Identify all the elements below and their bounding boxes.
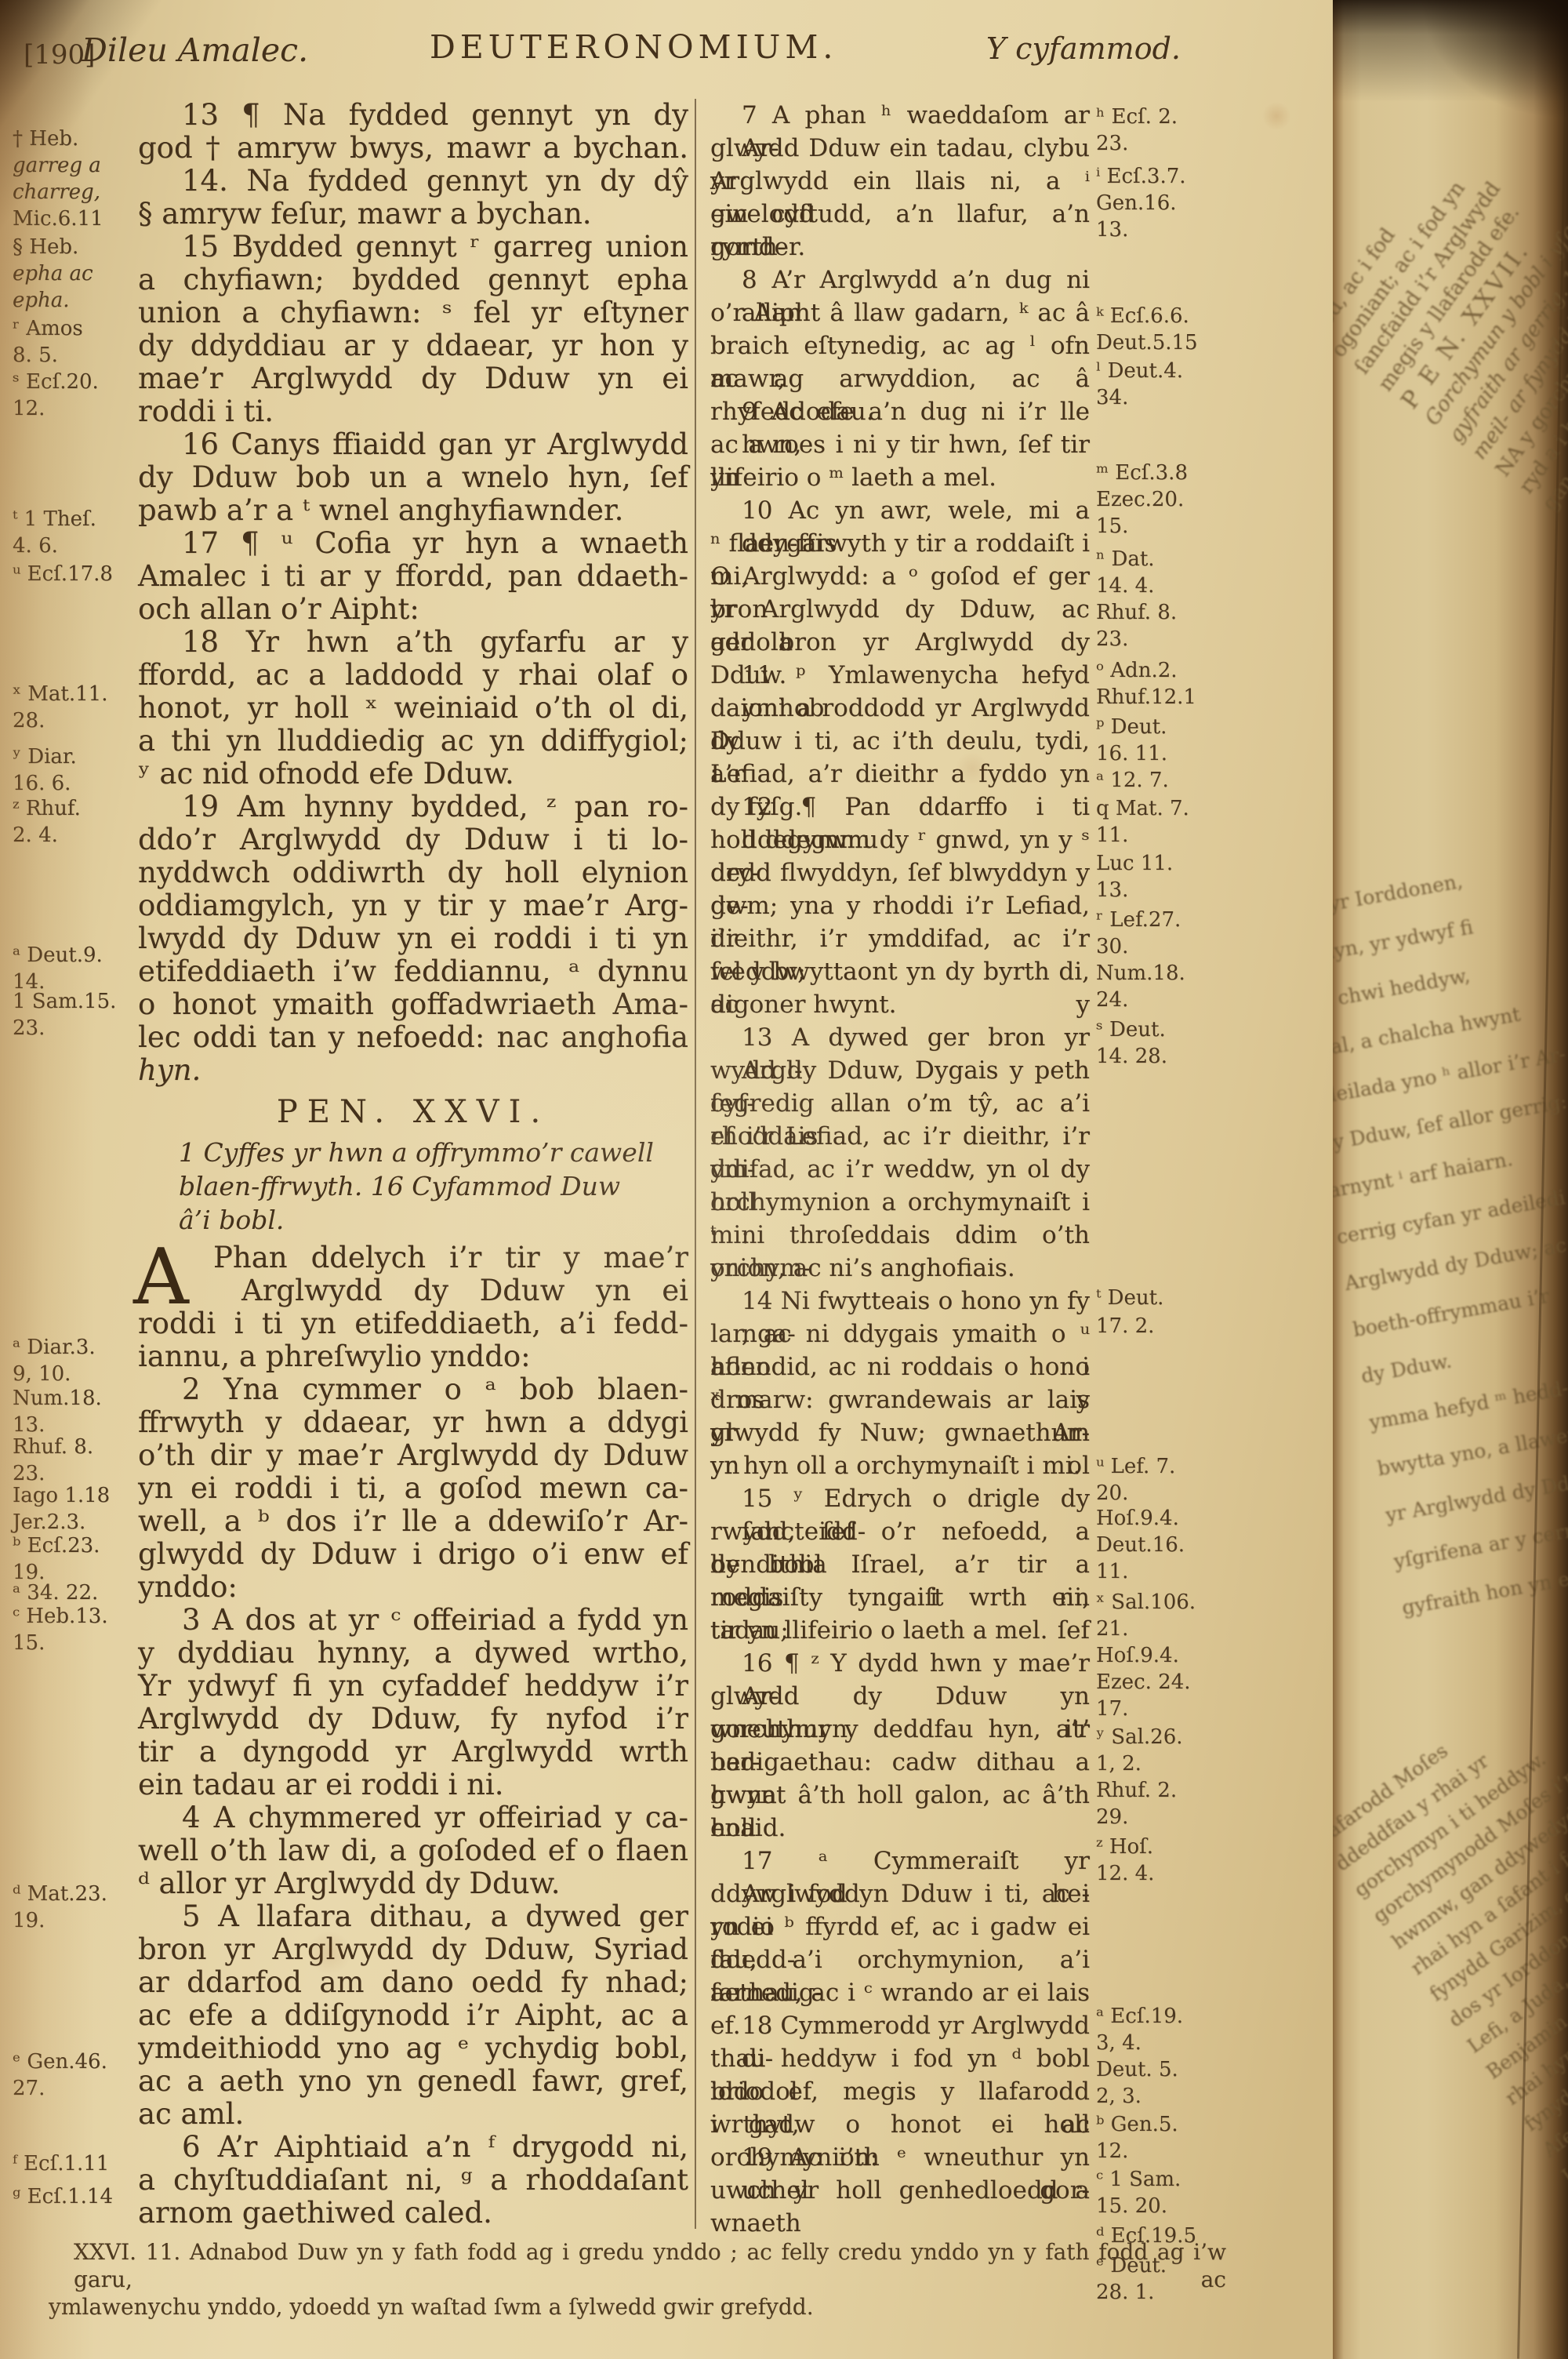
margin-note: 16. 6. bbox=[13, 772, 135, 795]
text-line: 19 Ac i’th ᵉ wneuthur yn uchel gor- bbox=[710, 2141, 1090, 2174]
margin-note: ⁱ Ecſ.3.7. bbox=[1096, 165, 1276, 188]
text-line: y dyddiau hynny, a dywed wrtho, bbox=[138, 1637, 688, 1670]
margin-note: 16. 11. bbox=[1096, 742, 1276, 765]
margin-note: garreg a bbox=[13, 154, 135, 177]
margin-note: ᵃ Deut.9. bbox=[13, 943, 135, 967]
text-line: tir a dyngodd yr Arglwydd wrth bbox=[138, 1736, 688, 1768]
text-line: god † amryw bwys, mawr a bychan. bbox=[138, 132, 688, 165]
margin-note: 8. 5. bbox=[13, 343, 135, 367]
text-line: ef i’r Lefiad, ac i’r dieithr, i’r ym- bbox=[710, 1120, 1090, 1153]
text-line: 8 A’r Arglwydd a’n dug ni allan bbox=[710, 264, 1090, 296]
text-line: gwm; yna y rhoddi i’r Lefiad, i’r bbox=[710, 889, 1090, 922]
text-line: ymdeithiodd yno ag ᵉ ychydig bobl, bbox=[138, 2032, 688, 2065]
text-line: 12 ¶ Pan ddarffo i ti ddegymmu bbox=[710, 791, 1090, 823]
text-line: megis y tyngaiſt wrth ein tadau; ſef bbox=[710, 1581, 1090, 1614]
margin-note: 14. 28. bbox=[1096, 1045, 1276, 1068]
margin-note: 12. bbox=[13, 397, 135, 420]
text-line: holl ddegwm dy ʳ gnwd, yn y ˢ dry- bbox=[710, 823, 1090, 856]
margin-note: ᵇ Ecſ.23. bbox=[13, 1534, 135, 1558]
text-line: enaid. bbox=[710, 1812, 1090, 1845]
margin-note: ᵉ Gen.46. bbox=[13, 2050, 135, 2074]
text-line: Dduw i ti, ac i’th deulu, tydi, a’r bbox=[710, 725, 1090, 758]
margin-note: ᵈ Mat.23. bbox=[13, 1882, 135, 1906]
text-line: 2 Yna cymmer o ᵃ bob blaen- bbox=[138, 1373, 688, 1406]
text-line: nyddwch oddiwrth dy holl elynion bbox=[138, 856, 688, 889]
margin-note: 13. bbox=[13, 1413, 135, 1437]
book-photo: [190] Dileu Amalec. DEUTERONOMIUM. Y cyf… bbox=[0, 0, 1568, 2359]
margin-note: 23. bbox=[1096, 627, 1276, 651]
margin-note: ᵐ Ecſ.3.8 bbox=[1096, 461, 1276, 485]
left-column-verses-26: A Phan ddelych i’r tir y mae’rArglwydd d… bbox=[138, 1241, 688, 2230]
book-title: DEUTERONOMIUM. bbox=[430, 28, 837, 66]
text-line: ac ag arwyddion, ac â rhyfeddodau. bbox=[710, 362, 1090, 395]
margin-note: ᵃ 12. 7. bbox=[1096, 769, 1276, 792]
curl-text-top: clod, ac i fodogoniant; ac i fod ynſancf… bbox=[1333, 0, 1568, 568]
text-line: rwydd, ſef o’r nefoedd, a bendithia bbox=[710, 1515, 1090, 1548]
footnote-line: XXVI. 11. Adnabod Duw yn y fath fodd ag … bbox=[49, 2238, 1226, 2293]
text-line: a chyſtuddiaſant ni, ᵍ a rhoddaſant bbox=[138, 2164, 688, 2197]
column-divider-rule bbox=[695, 99, 696, 2229]
text-line: daioni a roddodd yr Arglwydd dy bbox=[710, 692, 1090, 725]
text-line: arnom gaethiwed caled. bbox=[138, 2197, 688, 2230]
margin-note: 27. bbox=[13, 2077, 135, 2100]
margin-note: ᵗ Deut. bbox=[1096, 1286, 1276, 1310]
summary-line: 1 Cyffes yr hwn a offrymmo’r cawell bbox=[179, 1136, 688, 1169]
margin-note: Mic.6.11 bbox=[13, 207, 135, 231]
text-line: ᵈ allor yr Arglwydd dy Dduw. bbox=[138, 1867, 688, 1900]
text-line: ᵗ ni throſeddais ddim o’th orchym- bbox=[710, 1219, 1090, 1252]
text-line: 17 ¶ ᵘ Cofia yr hyn a wnaeth bbox=[138, 527, 688, 560]
text-line: ac a aeth yno yn genedl fawr, gref, bbox=[138, 2065, 688, 2098]
margin-note: Deut.16. bbox=[1096, 1533, 1276, 1557]
margin-note: 15. 20. bbox=[1096, 2194, 1276, 2218]
summary-line: blaen-ffrwyth. 16 Cyfammod Duw bbox=[179, 1169, 688, 1203]
text-line: ˣ marw: gwrandewais ar lais yr Ar- bbox=[710, 1383, 1090, 1416]
margin-note: charreg, bbox=[13, 180, 135, 204]
margin-note: ᶠ Ecſ.1.11 bbox=[13, 2152, 135, 2175]
margin-note: 15. bbox=[1096, 514, 1276, 538]
text-line: O Arglwydd: a ᵒ goſod ef ger bron bbox=[710, 560, 1090, 593]
text-line: 14. Na fydded gennyt yn dy dŷ bbox=[138, 165, 688, 198]
text-line: Amalec i ti ar y ffordd, pan ddaeth- bbox=[138, 560, 688, 593]
text-line: oddiamgylch, yn y tir y mae’r Arg- bbox=[138, 889, 688, 922]
margin-note: 14. 4. bbox=[1096, 574, 1276, 598]
margin-note: 34. bbox=[1096, 386, 1276, 409]
text-line: wneuthur y deddfau hyn, a’r bar- bbox=[710, 1713, 1090, 1746]
text-line: roddi i ti yn etifeddiaeth, a’i fedd- bbox=[138, 1307, 688, 1340]
footnote-line: ymlawenychu ynddo, ydoedd yn waſtad ſwm … bbox=[49, 2293, 1226, 2321]
text-line: 10 Ac yn awr, wele, mi a ddygais bbox=[710, 494, 1090, 527]
text-line: thau heddyw i fod yn ᵈ bobl briodol bbox=[710, 2042, 1090, 2075]
text-line: glwydd fy Nuw; gwnaethum yn ol bbox=[710, 1416, 1090, 1449]
text-line: ein cyſtudd, a’n llafur, a’n gorth- bbox=[710, 198, 1090, 231]
margin-note: ʸ Diar. bbox=[13, 745, 135, 769]
left-column-verses-25: 13 ¶ Na fydded gennyt yn dygod † amryw b… bbox=[138, 99, 688, 1087]
text-line: fau, a’i orchymynion, a’i farnedig- bbox=[710, 1943, 1090, 1976]
text-line: Phan ddelych i’r tir y mae’r bbox=[138, 1241, 688, 1274]
left-column: 13 ¶ Na fydded gennyt yn dygod † amryw b… bbox=[138, 99, 688, 2230]
margin-note: 1 Sam.15. bbox=[13, 990, 135, 1013]
text-line: 3 A dos at yr ᶜ offeiriad a fydd yn bbox=[138, 1604, 688, 1637]
margin-note: Luc 11. bbox=[1096, 852, 1276, 875]
text-line: lec oddi tan y nefoedd: nac anghofia bbox=[138, 1021, 688, 1054]
margin-note: ᵗ 1 Theſ. bbox=[13, 507, 135, 531]
margin-note: 15. bbox=[13, 1631, 135, 1655]
text-line: Arglwydd dy Dduw, fy nyfod i’r bbox=[138, 1703, 688, 1736]
margin-note: 23. bbox=[13, 1462, 135, 1485]
text-line: 15 Bydded gennyt ʳ garreg union bbox=[138, 231, 688, 264]
margin-note: Ezec. 24. bbox=[1096, 1670, 1276, 1694]
text-line: ac aml. bbox=[138, 2098, 688, 2131]
margin-note: Hoſ.9.4. bbox=[1096, 1507, 1276, 1530]
margin-note: 2, 3. bbox=[1096, 2085, 1276, 2108]
text-line: § amryw feſur, mawr a bychan. bbox=[138, 198, 688, 231]
text-line: iannu, a phreſwylio ynddo: bbox=[138, 1340, 688, 1373]
margin-note: Rhuf.12.1 bbox=[1096, 685, 1276, 709]
margin-note: 12. 4. bbox=[1096, 1862, 1276, 1885]
text-line: well, a ᵇ dos i’r lle a ddewiſo’r Ar- bbox=[138, 1505, 688, 1538]
text-line: dy bobl Iſrael, a’r tir a roddaiſt i ni, bbox=[710, 1548, 1090, 1581]
drop-cap: A bbox=[133, 1241, 189, 1314]
margin-note: Rhuf. 8. bbox=[1096, 601, 1276, 624]
text-line: llifeirio o ᵐ laeth a mel. bbox=[710, 461, 1090, 494]
text-line: union a chyfiawn: ˢ fel yr eſtyner bbox=[138, 296, 688, 329]
text-line: ddo’r Arglwydd dy Dduw i ti lo- bbox=[138, 823, 688, 856]
margin-note: ʸ Sal.26. bbox=[1096, 1725, 1276, 1749]
text-line: orchymynion a orchymynaiſt i mi: bbox=[710, 1186, 1090, 1219]
text-line: ffrwyth y ddaear, yr hwn a ddygi bbox=[138, 1406, 688, 1439]
text-line: aflendid, ac ni roddais o hono dros y bbox=[710, 1350, 1090, 1383]
text-line: 16 ¶ ᶻ Y dydd hwn y mae’r Ar- bbox=[710, 1647, 1090, 1680]
text-line: well o’th law di, a goſoded ef o flaen bbox=[138, 1834, 688, 1867]
margin-note: 13. bbox=[1096, 218, 1276, 242]
text-line: aethau, ac i ᶜ wrando ar ei lais ef. bbox=[710, 1976, 1090, 2009]
margin-note: ʳ Lef.27. bbox=[1096, 908, 1276, 932]
text-line: mae’r Arglwydd dy Dduw yn ei bbox=[138, 362, 688, 395]
text-line: roddi i ti. bbox=[138, 395, 688, 428]
margin-note: 19. bbox=[13, 1909, 135, 1932]
text-line: 6 A’r Aiphtiaid a’n ᶠ drygodd ni, bbox=[138, 2131, 688, 2164]
margin-note: 11. bbox=[1096, 823, 1276, 847]
text-line: pawb a’r a ᵗ wnel anghyfiawnder. bbox=[138, 494, 688, 527]
text-line: 17 ᵃ Cymmeraiſt yr Arglwydd he- bbox=[710, 1845, 1090, 1877]
chapter-summary: 1 Cyffes yr hwn a offrymmo’r cawellblaen… bbox=[138, 1136, 688, 1237]
chapter-heading: PEN. XXVI. bbox=[138, 1093, 688, 1131]
text-line: 19 Am hynny bydded, ᶻ pan ro- bbox=[138, 791, 688, 823]
right-margin-notes: ʰ Ecſ. 2.23.ⁱ Ecſ.3.7.Gen.16.13.ᵏ Ecſ.6.… bbox=[1096, 0, 1276, 2359]
margin-note: 20. bbox=[1096, 1481, 1276, 1505]
margin-note: 9, 10. bbox=[13, 1362, 135, 1386]
text-line: ac a roes i ni y tir hwn, ſef tir yn bbox=[710, 428, 1090, 461]
text-line: a thi yn lluddiedig ac yn ddiffygiol; bbox=[138, 725, 688, 758]
margin-note: 28. bbox=[13, 709, 135, 732]
margin-note: ᵃ 34. 22. bbox=[13, 1581, 135, 1605]
text-line: honot, yr holl ˣ weiniaid o’th ol di, bbox=[138, 692, 688, 725]
margin-note: 3, 4. bbox=[1096, 2031, 1276, 2055]
margin-note: ᶻ Hoſ. bbox=[1096, 1835, 1276, 1859]
margin-note: 23. bbox=[1096, 132, 1276, 155]
text-line: yn ei roddi i ti, a goſod mewn ca- bbox=[138, 1472, 688, 1505]
text-line: dedd flwyddyn, ſef blwyddyn y de- bbox=[710, 856, 1090, 889]
margin-note: 17. bbox=[1096, 1697, 1276, 1721]
text-line: 16 Canys ffiaidd gan yr Arglwydd bbox=[138, 428, 688, 461]
text-line: Arglwydd ein llais ni, a ⁱ gwelodd bbox=[710, 165, 1090, 198]
margin-note: Rhuf. 2. bbox=[1096, 1779, 1276, 1802]
text-line: dy Dduw bob un a wnelo hyn, ſef bbox=[138, 461, 688, 494]
text-line: o’r Aipht â llaw gadarn, ᵏ ac â bbox=[710, 296, 1090, 329]
margin-note: ᶜ 1 Sam. bbox=[1096, 2168, 1276, 2191]
margin-note: 21. bbox=[1096, 1617, 1276, 1641]
text-line: glwydd dy Dduw yn gorchymyn it’ bbox=[710, 1680, 1090, 1713]
text-line: ddifad, ac i’r weddw, yn ol dy holl bbox=[710, 1153, 1090, 1186]
text-line: 13 A dywed ger bron yr Argl- bbox=[710, 1021, 1090, 1054]
margin-note: 13. bbox=[1096, 878, 1276, 902]
text-line: ſegredig allan o’m tŷ, ac a’i rhoddais bbox=[710, 1087, 1090, 1120]
margin-note: Deut. 5. bbox=[1096, 2058, 1276, 2081]
text-line: 14 Ni fwytteais o hono yn fy nga- bbox=[710, 1285, 1090, 1318]
text-line: yn ei ᵇ ffyrdd ef, ac i gadw ei ddedd- bbox=[710, 1910, 1090, 1943]
right-column: 7 A phan ʰ waeddaſom ar Ar-glwydd Dduw e… bbox=[710, 99, 1090, 2207]
margin-note: ᵘ Ecſ.17.8 bbox=[13, 562, 135, 586]
text-line: Arglwydd dy Dduw yn ei bbox=[138, 1274, 688, 1307]
margin-note: 29. bbox=[1096, 1805, 1276, 1829]
text-line: ʸ ac nid ofnodd efe Dduw. bbox=[138, 758, 688, 791]
margin-note: ˢ Deut. bbox=[1096, 1018, 1276, 1041]
text-line: bron yr Arglwydd dy Dduw, Syriad bbox=[138, 1933, 688, 1966]
margin-note: 30. bbox=[1096, 935, 1276, 958]
margin-note: ˢ Ecſ.20. bbox=[13, 370, 135, 394]
text-line: 15 ʸ Edrych o drigle dy ſancteidd- bbox=[710, 1482, 1090, 1515]
curl-text-middle: dros yr Iorddonen,rig hyn, yr ydwyf fiyn… bbox=[1333, 847, 1568, 1632]
footnote: XXVI. 11. Adnabod Duw yn y fath fodd ag … bbox=[49, 2238, 1226, 2321]
text-line: yr Arglwydd dy Dduw, ac addola bbox=[710, 593, 1090, 626]
text-line: 18 Yr hwn a’th gyfarfu ar y bbox=[138, 626, 688, 659]
margin-note: 11. bbox=[1096, 1560, 1276, 1583]
text-line: ⁿ flaen-ffrwyth y tir a roddaiſt i mi, bbox=[710, 527, 1090, 560]
text-line: lwydd dy Dduw yn ei roddi i ti yn bbox=[138, 922, 688, 955]
text-line: ynion, ac ni’s anghofiais. bbox=[710, 1252, 1090, 1285]
text-line: iddo ef, megis y llafarodd wrthyt, ac bbox=[710, 2075, 1090, 2108]
margin-note: ᵏ Ecſ.6.6. bbox=[1096, 304, 1276, 328]
margin-note: ᵖ Deut. bbox=[1096, 715, 1276, 739]
text-line: ac efe a ddiſgynodd i’r Aipht, ac a bbox=[138, 1999, 688, 2032]
margin-note: Iago 1.18 bbox=[13, 1484, 135, 1507]
margin-note: ˣ Mat.11. bbox=[13, 682, 135, 706]
text-line: braich eſtynedig, ac ag ˡ ofn mawr, bbox=[710, 329, 1090, 362]
text-line: i gadw o honot ei holl orchymynion: bbox=[710, 2108, 1090, 2141]
text-line: o’th dir y mae’r Arglwydd dy Dduw bbox=[138, 1439, 688, 1472]
text-line: 7 A phan ʰ waeddaſom ar Ar- bbox=[710, 99, 1090, 132]
margin-note: 17. 2. bbox=[1096, 1314, 1276, 1338]
margin-note: Hoſ.9.4. bbox=[1096, 1644, 1276, 1667]
margin-note: ᵒ Adn.2. bbox=[1096, 659, 1276, 682]
text-line: lar, ac ni ddygais ymaith o ᵘ hono i bbox=[710, 1318, 1090, 1350]
text-line: 4 A chymmered yr offeiriad y ca- bbox=[138, 1801, 688, 1834]
margin-note: q Mat. 7. bbox=[1096, 797, 1276, 820]
text-line: wydd dy Dduw, Dygais y peth cyſ- bbox=[710, 1054, 1090, 1087]
margin-note: Num.18. bbox=[13, 1387, 135, 1410]
margin-note: ᶜ Heb.13. bbox=[13, 1605, 135, 1628]
margin-note: Deut.5.15 bbox=[1096, 331, 1276, 354]
text-line: dy ddyddiau ar y ddaear, yr hon y bbox=[138, 329, 688, 362]
margin-note: ᵍ Ecſ.1.14 bbox=[13, 2185, 135, 2208]
text-line: hwynt â’th holl galon, ac â’th holl bbox=[710, 1779, 1090, 1812]
margin-note: 2. 4. bbox=[13, 823, 135, 847]
text-line: 13 ¶ Na fydded gennyt yn dy bbox=[138, 99, 688, 132]
margin-note: ᵇ Gen.5. bbox=[1096, 2113, 1276, 2136]
margin-note: Ezec.20. bbox=[1096, 488, 1276, 511]
margin-note: 4. 6. bbox=[13, 534, 135, 558]
text-line: ger bron yr Arglwydd dy Dduw. bbox=[710, 626, 1090, 659]
margin-note: ⁿ Dat. bbox=[1096, 547, 1276, 571]
text-line: a chyfiawn; bydded gennyt epha bbox=[138, 264, 688, 296]
margin-note: † Heb. bbox=[13, 127, 135, 151]
margin-note: ᵘ Lef. 7. bbox=[1096, 1455, 1276, 1478]
text-line: etifeddiaeth i’w feddiannu, ᵃ dynnu bbox=[138, 955, 688, 988]
text-line: 18 Cymmerodd yr Arglwydd di- bbox=[710, 2009, 1090, 2042]
margin-note: ᵃ Ecſ.19. bbox=[1096, 2005, 1276, 2028]
text-line: glwydd dy Dduw i drigo o’i enw ef bbox=[138, 1538, 688, 1571]
text-line: nedigaethau: cadw dithau a gwna bbox=[710, 1746, 1090, 1779]
margin-note: 1, 2. bbox=[1096, 1752, 1276, 1776]
text-line: ffordd, ac a laddodd y rhai olaf o bbox=[138, 659, 688, 692]
text-line: ein tadau ar ei roddi i ni. bbox=[138, 1768, 688, 1801]
text-line: fel y bwyttaont yn dy byrth di, ac y bbox=[710, 955, 1090, 988]
text-line: Yr ydwyf fi yn cyfaddef heddyw i’r bbox=[138, 1670, 688, 1703]
margin-note: 12. bbox=[1096, 2139, 1276, 2163]
text-line: 11 ᵖ Ymlawenycha hefyd ymhob bbox=[710, 659, 1090, 692]
text-line: 9 Ac efe a’n dug ni i’r lle hwn, bbox=[710, 395, 1090, 428]
margin-note: Rhuf. 8. bbox=[13, 1435, 135, 1459]
margin-note: § Heb. bbox=[13, 235, 135, 259]
margin-note: 23. bbox=[13, 1016, 135, 1040]
margin-note: ˣ Sal.106. bbox=[1096, 1590, 1276, 1614]
margin-note: epha. bbox=[13, 289, 135, 312]
text-line: hyn. bbox=[138, 1054, 688, 1087]
text-line: rymder. bbox=[710, 231, 1090, 264]
text-line: 5 A llafara dithau, a dywed ger bbox=[138, 1900, 688, 1933]
text-line: uwch yr holl genhedloedd a wnaeth bbox=[710, 2174, 1090, 2207]
summary-line: â’i bobl. bbox=[179, 1203, 688, 1237]
left-margin-notes: † Heb.garreg acharreg,Mic.6.11§ Heb.epha… bbox=[13, 0, 135, 2359]
margin-note: ˡ Deut.4. bbox=[1096, 359, 1276, 383]
text-line: glwydd Dduw ein tadau, clybu yr bbox=[710, 132, 1090, 165]
margin-note: Num.18. bbox=[1096, 961, 1276, 985]
margin-note: ᶻ Rhuf. bbox=[13, 797, 135, 820]
text-line: tir yn llifeirio o laeth a mel. bbox=[710, 1614, 1090, 1647]
left-page: [190] Dileu Amalec. DEUTERONOMIUM. Y cyf… bbox=[0, 0, 1333, 2359]
curled-facing-page: clod, ac i fodogoniant; ac i fod ynſancf… bbox=[1333, 0, 1568, 2359]
margin-note: ᵃ Diar.3. bbox=[13, 1336, 135, 1359]
margin-note: ʳ Amos bbox=[13, 317, 135, 340]
margin-note: 24. bbox=[1096, 988, 1276, 1012]
margin-note: Gen.16. bbox=[1096, 191, 1276, 215]
margin-note: ʰ Ecſ. 2. bbox=[1096, 105, 1276, 129]
margin-note: epha ac bbox=[13, 262, 135, 285]
margin-note: Jer.2.3. bbox=[13, 1510, 135, 1534]
text-line: yr hyn oll a orchymynaiſt i mi. bbox=[710, 1449, 1090, 1482]
text-line: Lefiad, a’r dieithr a fyddo yn dy fyſg. bbox=[710, 758, 1090, 791]
text-line: ynddo: bbox=[138, 1571, 688, 1604]
text-line: ddyw i fod yn Dduw i ti, ac i rodio bbox=[710, 1877, 1090, 1910]
text-line: dieithr, i’r ymddifad, ac i’r weddw; bbox=[710, 922, 1090, 955]
text-line: o honot ymaith goffadwriaeth Ama- bbox=[138, 988, 688, 1021]
text-line: och allan o’r Aipht: bbox=[138, 593, 688, 626]
text-line: ar ddarfod am dano oedd fy nhad; bbox=[138, 1966, 688, 1999]
